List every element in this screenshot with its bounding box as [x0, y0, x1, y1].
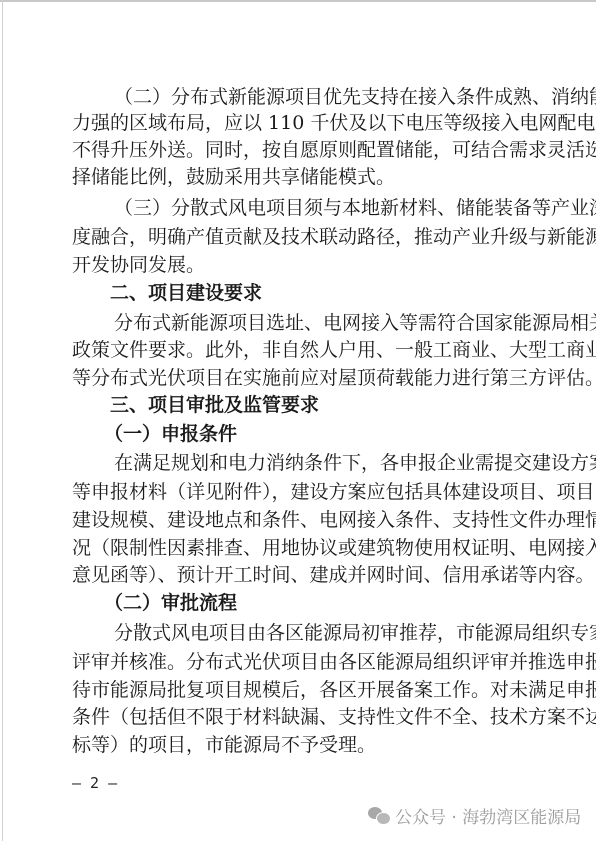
paragraph-line: 待市能源局批复项目规模后，各区开展备案工作。对未满足申报: [72, 676, 527, 704]
paragraph-line: 度融合，明确产值贡献及技术联动路径，推动产业升级与新能源: [72, 223, 527, 251]
paragraph-line: 意见函等）、预计开工时间、建成并网时间、信用承诺等内容。: [72, 561, 527, 589]
paragraph-line: 分散式风电项目由各区能源局初审推荐，市能源局组织专家: [114, 619, 527, 647]
paragraph-line: 政策文件要求。此外，非自然人户用、一般工商业、大型工商业: [72, 336, 527, 364]
page-top-border: [0, 0, 596, 2]
paragraph-line: 标等）的项目，市能源局不予受理。: [72, 731, 527, 759]
paragraph-line: 条件（包括但不限于材料缺漏、支持性文件不全、技术方案不达: [72, 703, 527, 731]
page-left-border: [2, 0, 3, 841]
section-heading: 三、项目审批及监管要求: [110, 391, 319, 419]
paragraph-line: （二）分布式新能源项目优先支持在接入条件成熟、消纳能: [114, 83, 527, 111]
paragraph-line: 况（限制性因素排查、用地协议或建筑物使用权证明、电网接入: [72, 534, 527, 562]
paragraph-line: 评审并核准。分布式光伏项目由各区能源局组织评审并推选申报，: [72, 648, 527, 676]
subsection-heading: （一）申报条件: [104, 420, 237, 448]
wechat-icon: [368, 806, 390, 824]
paragraph-line: （三）分散式风电项目须与本地新材料、储能装备等产业深: [114, 194, 527, 222]
paragraph-line: 建设规模、建设地点和条件、电网接入条件、支持性文件办理情: [72, 506, 527, 534]
paragraph-line: 在满足规划和电力消纳条件下，各申报企业需提交建设方案: [114, 449, 527, 477]
page-number: — 2 —: [72, 774, 117, 792]
section-heading: 二、项目建设要求: [110, 279, 262, 307]
paragraph-line: 等申报材料（详见附件），建设方案应包括具体建设项目、项目: [72, 478, 527, 506]
paragraph-line: 等分布式光伏项目在实施前应对屋顶荷载能力进行第三方评估。: [72, 364, 527, 392]
subsection-heading: （二）审批流程: [104, 589, 237, 617]
paragraph-line: 力强的区域布局，应以 110 千伏及以下电压等级接入电网配电侧，: [72, 109, 527, 137]
watermark-text: 公众号 · 海勃湾区能源局: [395, 803, 581, 828]
paragraph-line: 分布式新能源项目选址、电网接入等需符合国家能源局相关: [114, 309, 527, 337]
paragraph-line: 择储能比例，鼓励采用共享储能模式。: [72, 163, 527, 191]
paragraph-line: 不得升压外送。同时，按自愿原则配置储能，可结合需求灵活选: [72, 136, 527, 164]
paragraph-line: 开发协同发展。: [72, 251, 527, 279]
wechat-watermark: 公众号 · 海勃湾区能源局: [368, 802, 581, 828]
